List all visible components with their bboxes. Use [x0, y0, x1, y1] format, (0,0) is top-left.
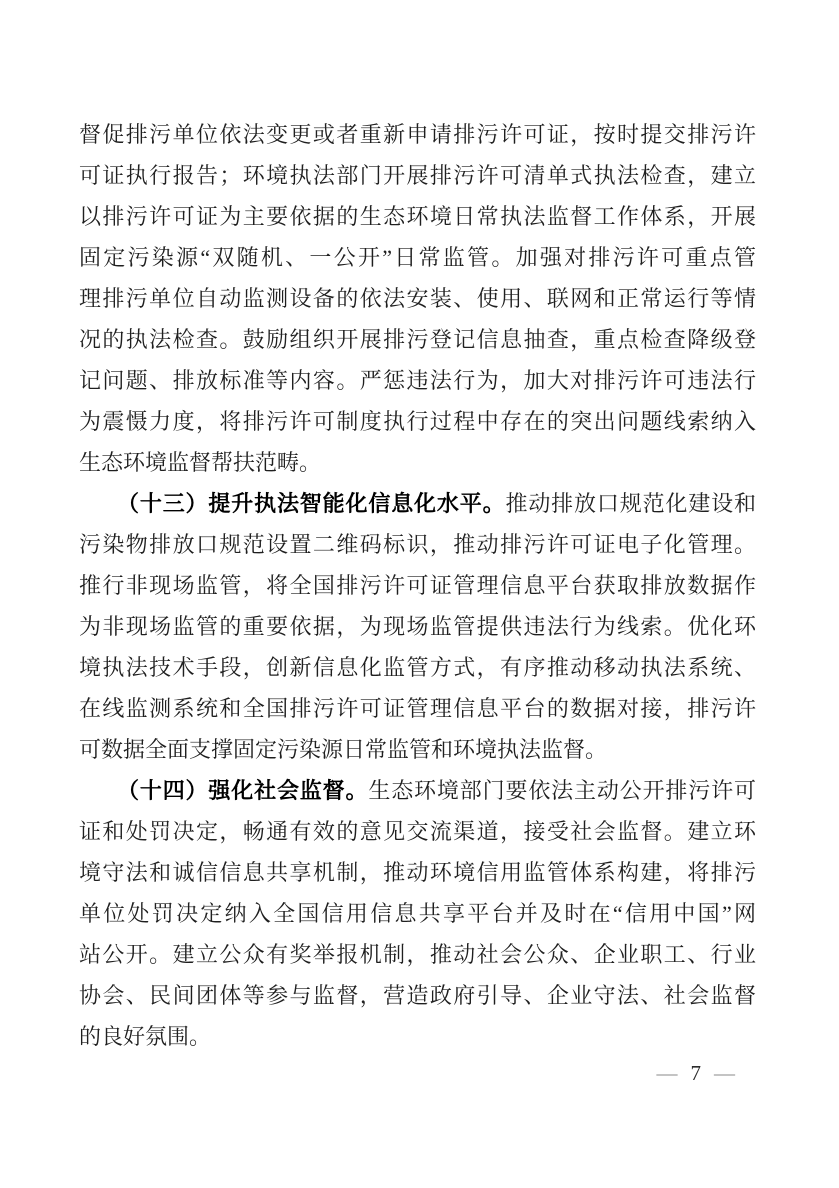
document-page: 督促排污单位依法变更或者重新申请排污许可证，按时提交排污许可证执行报告；环境执法… — [0, 0, 839, 1188]
section-heading: （十四）强化社会监督。 — [117, 778, 368, 803]
doc-line: 单位处罚决定纳入全国信用信息共享平台并及时在“信用中国”网 — [79, 893, 756, 934]
body-text: 在线监测系统和全国排污许可证管理信息平台的数据对接，排污许 — [79, 696, 756, 721]
body-text: 督促排污单位依法变更或者重新申请排污许可证，按时提交排污许 — [79, 122, 756, 147]
doc-line: 督促排污单位依法变更或者重新申请排污许可证，按时提交排污许 — [79, 114, 756, 155]
page-footer: —7— — [657, 1058, 736, 1088]
body-text: 以排污许可证为主要依据的生态环境日常执法监督工作体系，开展 — [79, 204, 756, 229]
doc-line: 为非现场监管的重要依据，为现场监管提供违法行为线索。优化环 — [79, 606, 756, 647]
doc-line: （十三）提升执法智能化信息化水平。推动排放口规范化建设和 — [79, 483, 756, 524]
body-text: 生态环境监督帮扶范畴。 — [79, 450, 321, 475]
body-text: 境守法和诚信信息共享机制，推动环境信用监管体系构建，将排污 — [79, 860, 756, 885]
body-text: 站公开。建立公众有奖举报机制，推动社会公众、企业职工、行业 — [79, 942, 756, 967]
doc-line: 污染物排放口规范设置二维码标识，推动排污许可证电子化管理。 — [79, 524, 756, 565]
page-number: 7 — [691, 1061, 702, 1085]
doc-line: 证和处罚决定，畅通有效的意见交流渠道，接受社会监督。建立环 — [79, 811, 756, 852]
doc-line: （十四）强化社会监督。生态环境部门要依法主动公开排污许可 — [79, 770, 756, 811]
doc-line: 境执法技术手段，创新信息化监管方式，有序推动移动执法系统、 — [79, 647, 756, 688]
body-text: 单位处罚决定纳入全国信用信息共享平台并及时在“信用中国”网 — [79, 901, 756, 926]
body-text: 境执法技术手段，创新信息化监管方式，有序推动移动执法系统、 — [79, 655, 756, 680]
doc-line: 生态环境监督帮扶范畴。 — [79, 442, 756, 483]
doc-line: 固定污染源“双随机、一公开”日常监管。加强对排污许可重点管 — [79, 237, 756, 278]
doc-line: 站公开。建立公众有奖举报机制，推动社会公众、企业职工、行业 — [79, 934, 756, 975]
body-text: 固定污染源“双随机、一公开”日常监管。加强对排污许可重点管 — [79, 245, 756, 270]
doc-line: 理排污单位自动监测设备的依法安装、使用、联网和正常运行等情 — [79, 278, 756, 319]
body-text: 协会、民间团体等参与监督，营造政府引导、企业守法、社会监督 — [79, 983, 756, 1008]
body-text: 记问题、排放标准等内容。严惩违法行为，加大对排污许可违法行 — [79, 368, 756, 393]
doc-line: 协会、民间团体等参与监督，营造政府引导、企业守法、社会监督 — [79, 975, 756, 1016]
body-text: 理排污单位自动监测设备的依法安装、使用、联网和正常运行等情 — [79, 286, 756, 311]
footer-dash-right: — — [714, 1061, 735, 1085]
body-text: 证和处罚决定，畅通有效的意见交流渠道，接受社会监督。建立环 — [79, 819, 756, 844]
body-text: 可数据全面支撑固定污染源日常监管和环境执法监督。 — [79, 737, 607, 762]
body-text: 生态环境部门要依法主动公开排污许可 — [368, 778, 756, 803]
doc-line: 推行非现场监管，将全国排污许可证管理信息平台获取排放数据作 — [79, 565, 756, 606]
document-body: 督促排污单位依法变更或者重新申请排污许可证，按时提交排污许可证执行报告；环境执法… — [79, 114, 756, 1057]
body-text: 况的执法检查。鼓励组织开展排污登记信息抽查，重点检查降级登 — [79, 327, 756, 352]
doc-line: 可证执行报告；环境执法部门开展排污许可清单式执法检查，建立 — [79, 155, 756, 196]
body-text: 的良好氛围。 — [79, 1024, 211, 1049]
doc-line: 以排污许可证为主要依据的生态环境日常执法监督工作体系，开展 — [79, 196, 756, 237]
doc-line: 可数据全面支撑固定污染源日常监管和环境执法监督。 — [79, 729, 756, 770]
doc-line: 的良好氛围。 — [79, 1016, 756, 1057]
body-text: 推行非现场监管，将全国排污许可证管理信息平台获取排放数据作 — [79, 573, 756, 598]
body-text: 为非现场监管的重要依据，为现场监管提供违法行为线索。优化环 — [79, 614, 756, 639]
section-heading: （十三）提升执法智能化信息化水平。 — [117, 491, 505, 516]
doc-line: 况的执法检查。鼓励组织开展排污登记信息抽查，重点检查降级登 — [79, 319, 756, 360]
doc-line: 境守法和诚信信息共享机制，推动环境信用监管体系构建，将排污 — [79, 852, 756, 893]
body-text: 为震慑力度，将排污许可制度执行过程中存在的突出问题线索纳入 — [79, 409, 756, 434]
body-text: 推动排放口规范化建设和 — [505, 491, 756, 516]
doc-line: 记问题、排放标准等内容。严惩违法行为，加大对排污许可违法行 — [79, 360, 756, 401]
body-text: 可证执行报告；环境执法部门开展排污许可清单式执法检查，建立 — [79, 163, 756, 188]
doc-line: 为震慑力度，将排污许可制度执行过程中存在的突出问题线索纳入 — [79, 401, 756, 442]
footer-dash-left: — — [657, 1061, 678, 1085]
body-text: 污染物排放口规范设置二维码标识，推动排污许可证电子化管理。 — [79, 532, 756, 557]
doc-line: 在线监测系统和全国排污许可证管理信息平台的数据对接，排污许 — [79, 688, 756, 729]
